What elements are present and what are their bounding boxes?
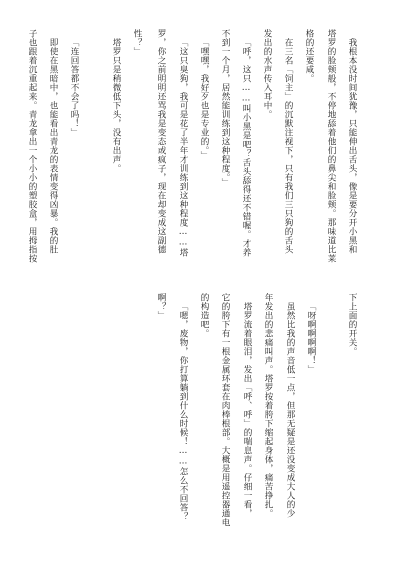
text-column: 「连回答都不会了吗！」: [68, 38, 80, 137]
text-column: 年发出的悲痛叫声。塔罗按着胯下缩起身体，痛苦挣扎。: [262, 293, 274, 518]
text-column: 罗，你之前明明还骂我是变态或疯子，现在却变成这副德: [155, 29, 167, 254]
text-column: 啊？」: [155, 293, 167, 320]
text-column: 性？」: [131, 29, 143, 56]
text-column: 「呀啊啊啊啊！」: [305, 302, 317, 374]
text-column: 塔罗流着眼泪，发出「呼、呼」的喘息声。仔细一看，: [241, 302, 253, 518]
text-column: 「呼，这只……叫小黑是吧？舌头舔得还不错喔。才养: [240, 38, 252, 257]
text-column: 塔罗的脸颊般，不停地舔着他们的鼻尖和脸颊。那味道比莱: [325, 29, 337, 263]
text-column: 下上面的开关。: [346, 293, 358, 356]
text-column: 发出的水声传入耳中。: [261, 29, 273, 119]
text-column: 「嗯，废物，你打算躺到什么时候！……怎么不回答？: [177, 302, 189, 521]
text-column: 它的胯下有一根金属环套在肉棒根部。大概是用遥控器通电: [219, 293, 231, 527]
novel-page: 我根本没时间犹豫，只能伸出舌头，像是要分开小黑和塔罗的脸颊般，不停地舔着他们的鼻…: [0, 0, 400, 566]
text-column: 「嘿嘿，我好歹也是专业的。」: [198, 38, 210, 160]
text-column: 在三名「饲主」的沉默注视下，只有我们三只狗的舌头: [282, 38, 294, 254]
text-column: 不到一个月，居然能训练到这种程度。」: [219, 29, 231, 187]
text-column: 格的还要咸。: [303, 29, 315, 83]
text-column: 塔罗只是稍微低下头，没有出声。: [110, 38, 122, 173]
text-column: 「这只臭狗，我可是花了半年才训练到这种程度……塔: [177, 38, 189, 257]
text-column: 我根本没时间犹豫，只能伸出舌头，像是要分开小黑和: [346, 38, 358, 254]
text-column: 子也跟着沉重起来。青龙拿出一个小小的塑胶盒，用拇指按: [26, 29, 38, 263]
text-column: 的构造吧。: [198, 293, 210, 338]
text-column: 虽然比我的声音低一点，但那无疑是还没变成大人的少: [284, 302, 296, 518]
text-column: 即使在黑暗中，也能看出青龙的表情变得凶暴。我的肚: [47, 38, 59, 254]
